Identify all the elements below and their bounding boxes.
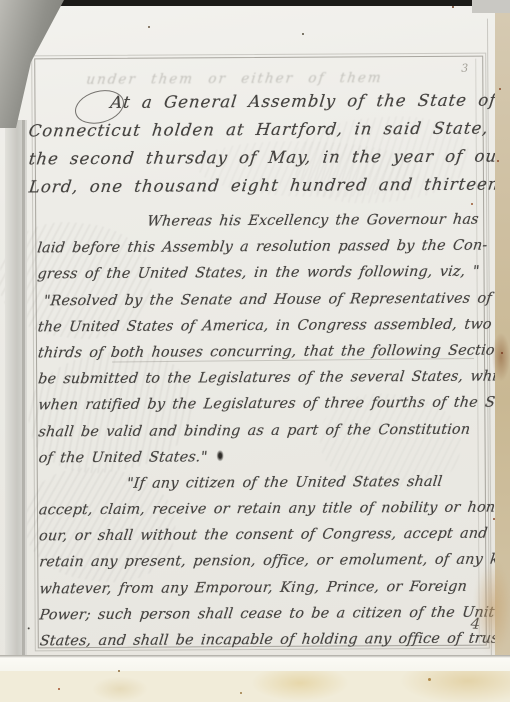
under-page-stained-edge <box>0 671 510 702</box>
manuscript-line-text: thirds of both houses concurring, that t… <box>36 337 505 366</box>
manuscript-line-text: of the United States." <box>37 444 209 471</box>
manuscript-line-text: when ratified by the Legislatures of thr… <box>37 390 510 419</box>
manuscript-line-text: At a General Assembly of the State of <box>109 87 498 117</box>
manuscript-line: thirds of both houses concurring, that t… <box>38 338 482 367</box>
manuscript-line: be submitted to the Legislatures of the … <box>38 364 482 393</box>
manuscript-line: whatever, from any Emporour, King, Princ… <box>39 573 483 602</box>
manuscript-line: shall be valid and binding as a part of … <box>38 416 482 445</box>
dust-speck <box>428 678 431 681</box>
manuscript-line: Connecticut holden at Hartford, in said … <box>29 115 481 146</box>
dust-speck <box>148 26 150 28</box>
scan-top-right-patch <box>472 0 510 13</box>
manuscript-line-text: retain any present, pension, office, or … <box>38 547 510 576</box>
manuscript-line-text: whatever, from any Emporour, King, Princ… <box>38 573 469 602</box>
ink-blot <box>217 450 224 461</box>
dust-speck <box>499 88 501 90</box>
dust-speck <box>497 160 499 162</box>
dust-speck <box>471 203 473 205</box>
under-page-edge <box>0 655 510 672</box>
manuscript-line-text: accept, claim, receive or retain any tit… <box>37 495 501 524</box>
manuscript-line-text: laid before this Assembly a resolution p… <box>36 233 489 262</box>
manuscript-line-text: the United States of America, in Congres… <box>36 311 493 340</box>
manuscript-line-text: States, and shall be incapable of holdin… <box>38 625 506 654</box>
manuscript-line-text: "Resolved by the Senate and House of Rep… <box>42 285 493 314</box>
scan-top-edge <box>46 0 476 6</box>
page-sheet: under them or either of them 3 4 At a Ge… <box>0 0 510 702</box>
manuscript-line: Whereas his Excellency the Governour has <box>147 207 481 235</box>
manuscript-line-text: shall be valid and binding as a part of … <box>37 416 472 445</box>
manuscript-line: Power; such person shall cease to be a c… <box>40 599 484 628</box>
manuscript-line: "Resolved by the Senate and House of Rep… <box>44 285 482 314</box>
manuscript-line: gress of the United States, in the words… <box>37 259 481 288</box>
manuscript-line: when ratified by the Legislatures of thr… <box>38 390 482 419</box>
manuscript-line-text: "If any citizen of the United States sha… <box>125 469 444 497</box>
manuscript-line-text: Whereas his Excellency the Governour has <box>146 207 481 235</box>
dust-speck <box>302 33 304 35</box>
dust-speck <box>493 518 495 520</box>
manuscript-line-text: our, or shall without the consent of Con… <box>38 521 490 550</box>
page-number-top: 3 <box>461 62 468 75</box>
manuscript-line: the second thursday of May, in the year … <box>29 143 481 174</box>
manuscript-line: "If any citizen of the United States sha… <box>127 468 483 496</box>
dust-speck <box>58 688 60 690</box>
manuscript-line: the United States of America, in Congres… <box>38 311 482 340</box>
manuscript-line-text: gress of the United States, in the words… <box>36 259 481 288</box>
manuscript-line: At a General Assembly of the State of <box>110 87 480 117</box>
manuscript-line: laid before this Assembly a resolution p… <box>37 233 481 262</box>
edge-stain <box>492 333 510 381</box>
manuscript-line-text: Connecticut holden at Hartford, in said … <box>27 114 510 145</box>
manuscript-line-text: Lord, one thousand eight hundred and thi… <box>27 170 501 201</box>
manuscript-line-text: the second thursday of May, in the year … <box>27 142 507 173</box>
dust-speck <box>452 6 454 8</box>
page-left-fold-shadow <box>22 120 25 665</box>
manuscript-line: retain any present, pension, office, or … <box>39 547 483 576</box>
edge-stain <box>474 560 510 655</box>
scanned-manuscript-page: under them or either of them 3 4 At a Ge… <box>0 0 510 702</box>
dust-speck <box>118 670 120 672</box>
dust-speck <box>240 692 242 694</box>
manuscript-line: of the United States." <box>39 442 483 471</box>
manuscript-line: accept, claim, receive or retain any tit… <box>39 495 483 524</box>
manuscript-line-text: Power; such person shall cease to be a c… <box>38 599 510 628</box>
dust-speck <box>501 352 503 354</box>
manuscript-line-text: be submitted to the Legislatures of the … <box>37 364 510 393</box>
manuscript-line: Lord, one thousand eight hundred and thi… <box>29 171 481 202</box>
manuscript-text: At a General Assembly of the State ofCon… <box>28 87 483 655</box>
manuscript-line: our, or shall without the consent of Con… <box>39 521 483 550</box>
manuscript-line: States, and shall be incapable of holdin… <box>40 626 484 655</box>
